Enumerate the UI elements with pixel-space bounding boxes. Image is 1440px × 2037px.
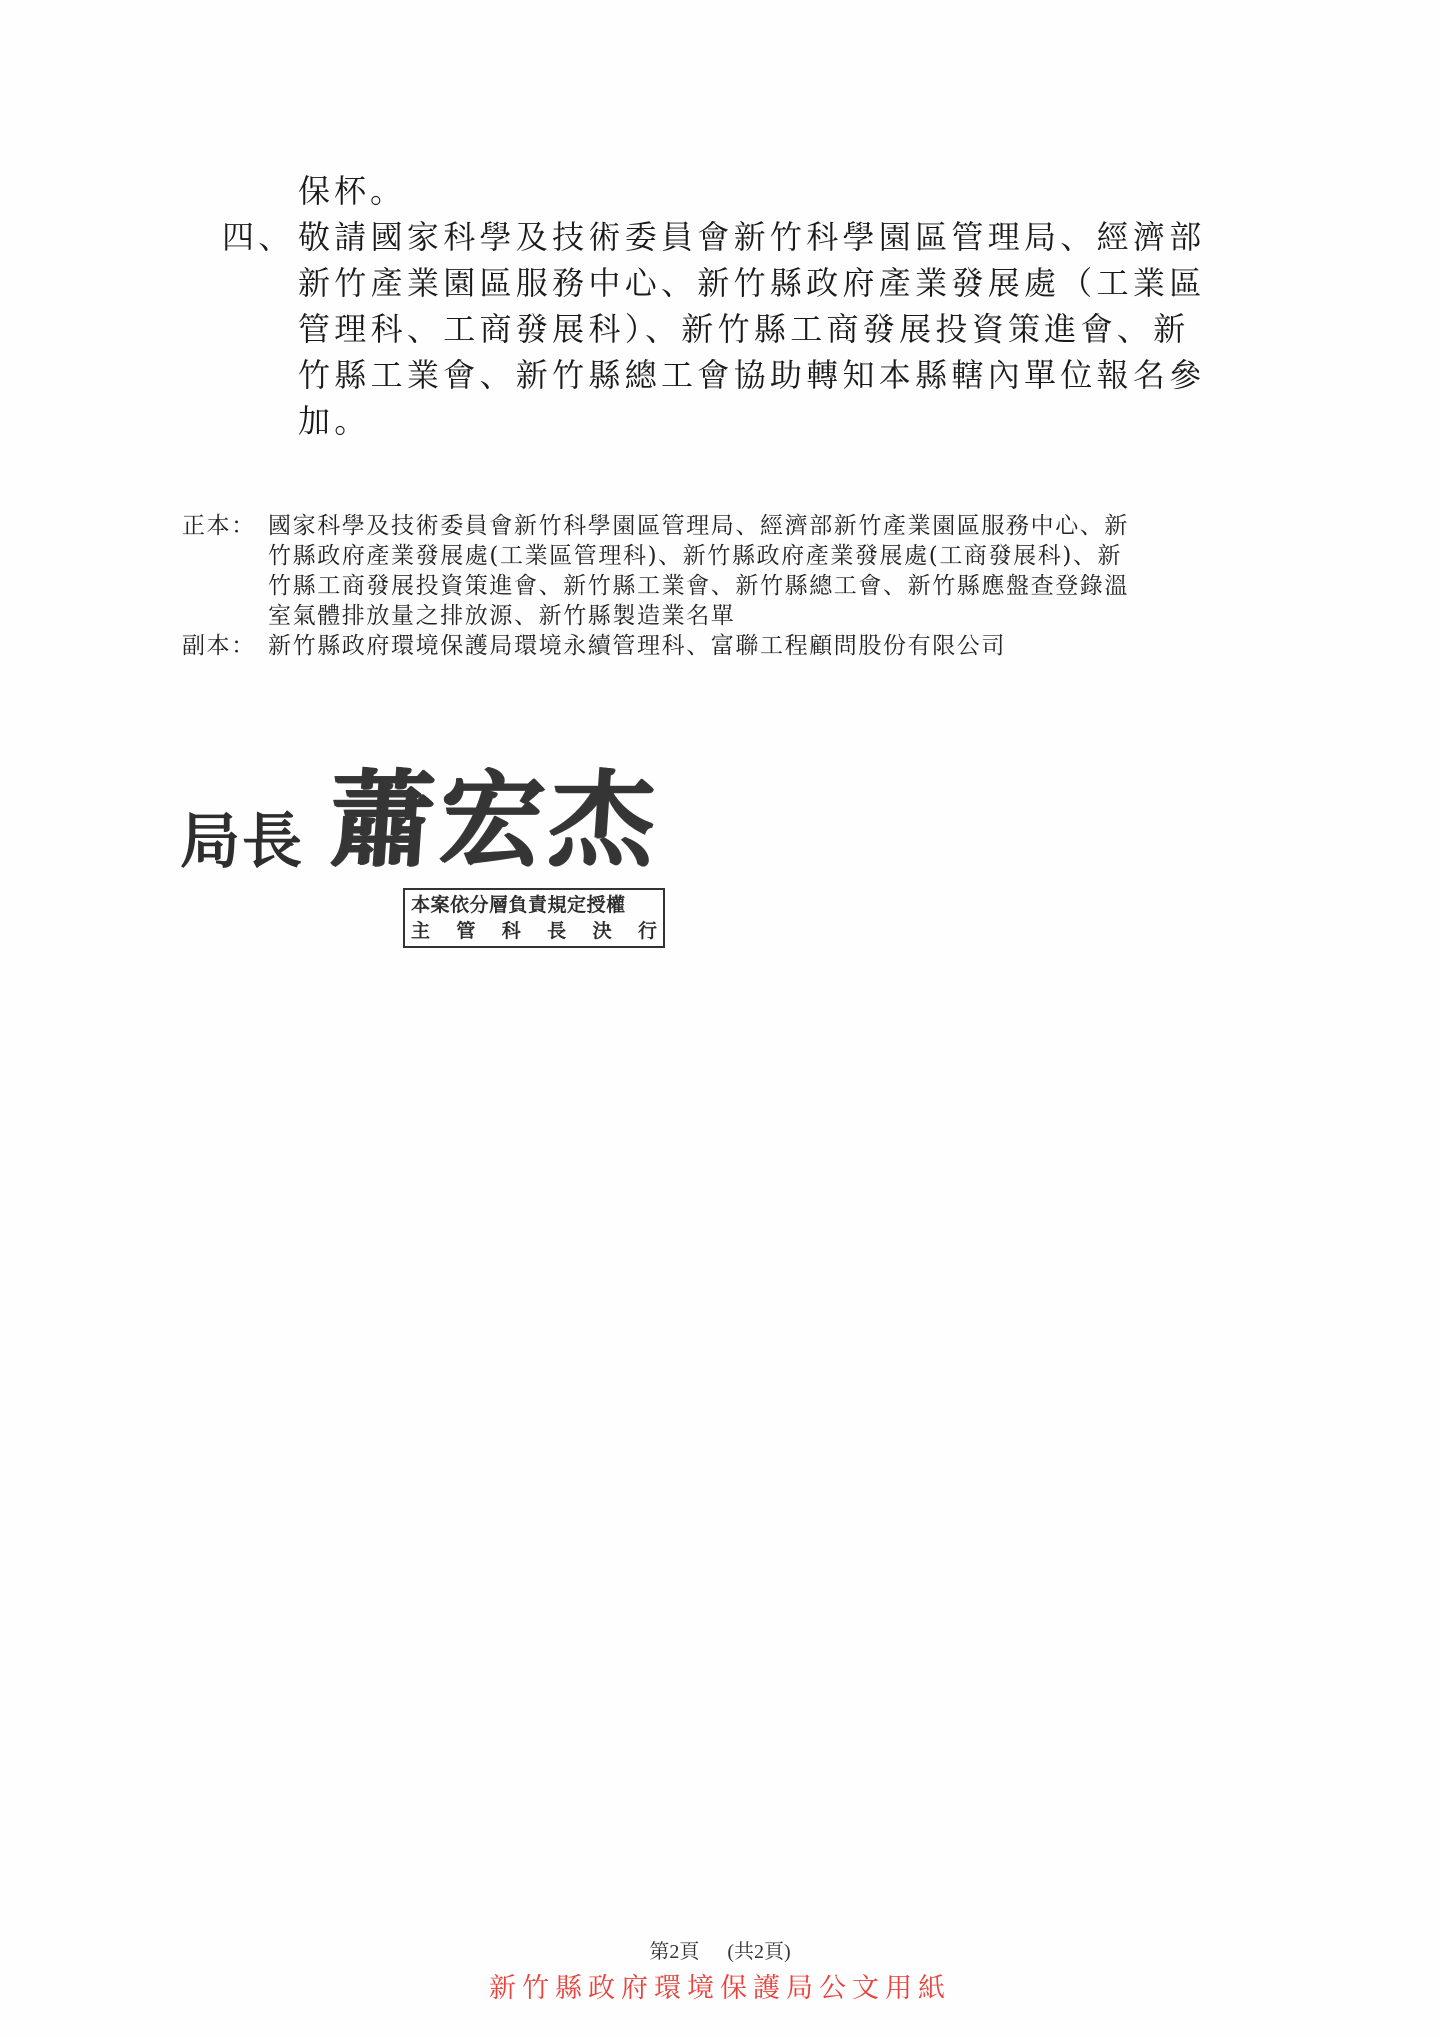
item-line: 敬請國家科學及技術委員會新竹科學園區管理局、經濟部 (298, 214, 1292, 260)
letterhead-footer: 新竹縣政府環境保護局公文用紙 (0, 1966, 1440, 2005)
recipient-line: 竹縣工商發展投資策進會、新竹縣工業會、新竹縣總工會、新竹縣應盤查登錄溫 (268, 571, 1292, 601)
original-label: 正本： (182, 511, 268, 541)
delegation-char: 科 (502, 918, 521, 944)
delegation-char: 管 (456, 918, 475, 944)
copy-recipients-text: 新竹縣政府環境保護局環境永續管理科、富聯工程顧問股份有限公司 (268, 631, 1292, 661)
delegation-char: 決 (593, 918, 612, 944)
original-recipients-text: 國家科學及技術委員會新竹科學園區管理局、經濟部新竹產業園區服務中心、新 竹縣政府… (268, 511, 1292, 631)
recipient-line: 竹縣政府產業發展處(工業區管理科)、新竹縣政府產業發展處(工商發展科)、新 (268, 541, 1292, 571)
delegation-line-1: 本案依分層負責規定授權 (411, 892, 657, 918)
item-line: 新竹產業園區服務中心、新竹縣政府產業發展處（工業區 (298, 260, 1292, 306)
delegation-stamp-box: 本案依分層負責規定授權 主 管 科 長 決 行 (403, 888, 665, 948)
signature-stamp: 局長 蕭宏杰 本案依分層負責規定授權 主 管 科 長 決 行 (178, 760, 698, 960)
page-total: (共2頁) (727, 1935, 790, 1964)
original-recipients: 正本： 國家科學及技術委員會新竹科學園區管理局、經濟部新竹產業園區服務中心、新 … (182, 511, 1292, 631)
item-number: 四、 (222, 214, 298, 260)
delegation-char: 長 (547, 918, 566, 944)
item-line: 管理科、工商發展科）、新竹縣工商發展投資策進會、新 (298, 306, 1292, 352)
recipient-line: 室氣體排放量之排放源、新竹縣製造業名單 (268, 601, 1292, 631)
item-body: 敬請國家科學及技術委員會新竹科學園區管理局、經濟部 新竹產業園區服務中心、新竹縣… (298, 214, 1292, 444)
delegation-char: 主 (411, 918, 430, 944)
recipient-line: 國家科學及技術委員會新竹科學園區管理局、經濟部新竹產業園區服務中心、新 (268, 511, 1292, 541)
item-line: 加。 (298, 398, 1292, 444)
copy-recipients: 副本： 新竹縣政府環境保護局環境永續管理科、富聯工程顧問股份有限公司 (182, 631, 1292, 661)
distribution-list: 正本： 國家科學及技術委員會新竹科學園區管理局、經濟部新竹產業園區服務中心、新 … (182, 511, 1292, 661)
signature-title: 局長 (180, 794, 304, 880)
document-page: 保杯。 四、 敬請國家科學及技術委員會新竹科學園區管理局、經濟部 新竹產業園區服… (0, 0, 1440, 2037)
continuation-text: 保杯。 (298, 168, 406, 214)
item-line: 竹縣工業會、新竹縣總工會協助轉知本縣轄內單位報名參 (298, 352, 1292, 398)
signature-name: 蕭宏杰 (326, 760, 664, 880)
recipient-line: 新竹縣政府環境保護局環境永續管理科、富聯工程顧問股份有限公司 (268, 631, 1292, 661)
page-current: 第2頁 (649, 1935, 699, 1964)
delegation-char: 行 (638, 918, 657, 944)
copy-label: 副本： (182, 631, 268, 661)
delegation-line-2: 主 管 科 長 決 行 (411, 918, 657, 944)
list-item-4: 四、 敬請國家科學及技術委員會新竹科學園區管理局、經濟部 新竹產業園區服務中心、… (222, 214, 1292, 444)
page-number: 第2頁(共2頁) (0, 1935, 1440, 1964)
